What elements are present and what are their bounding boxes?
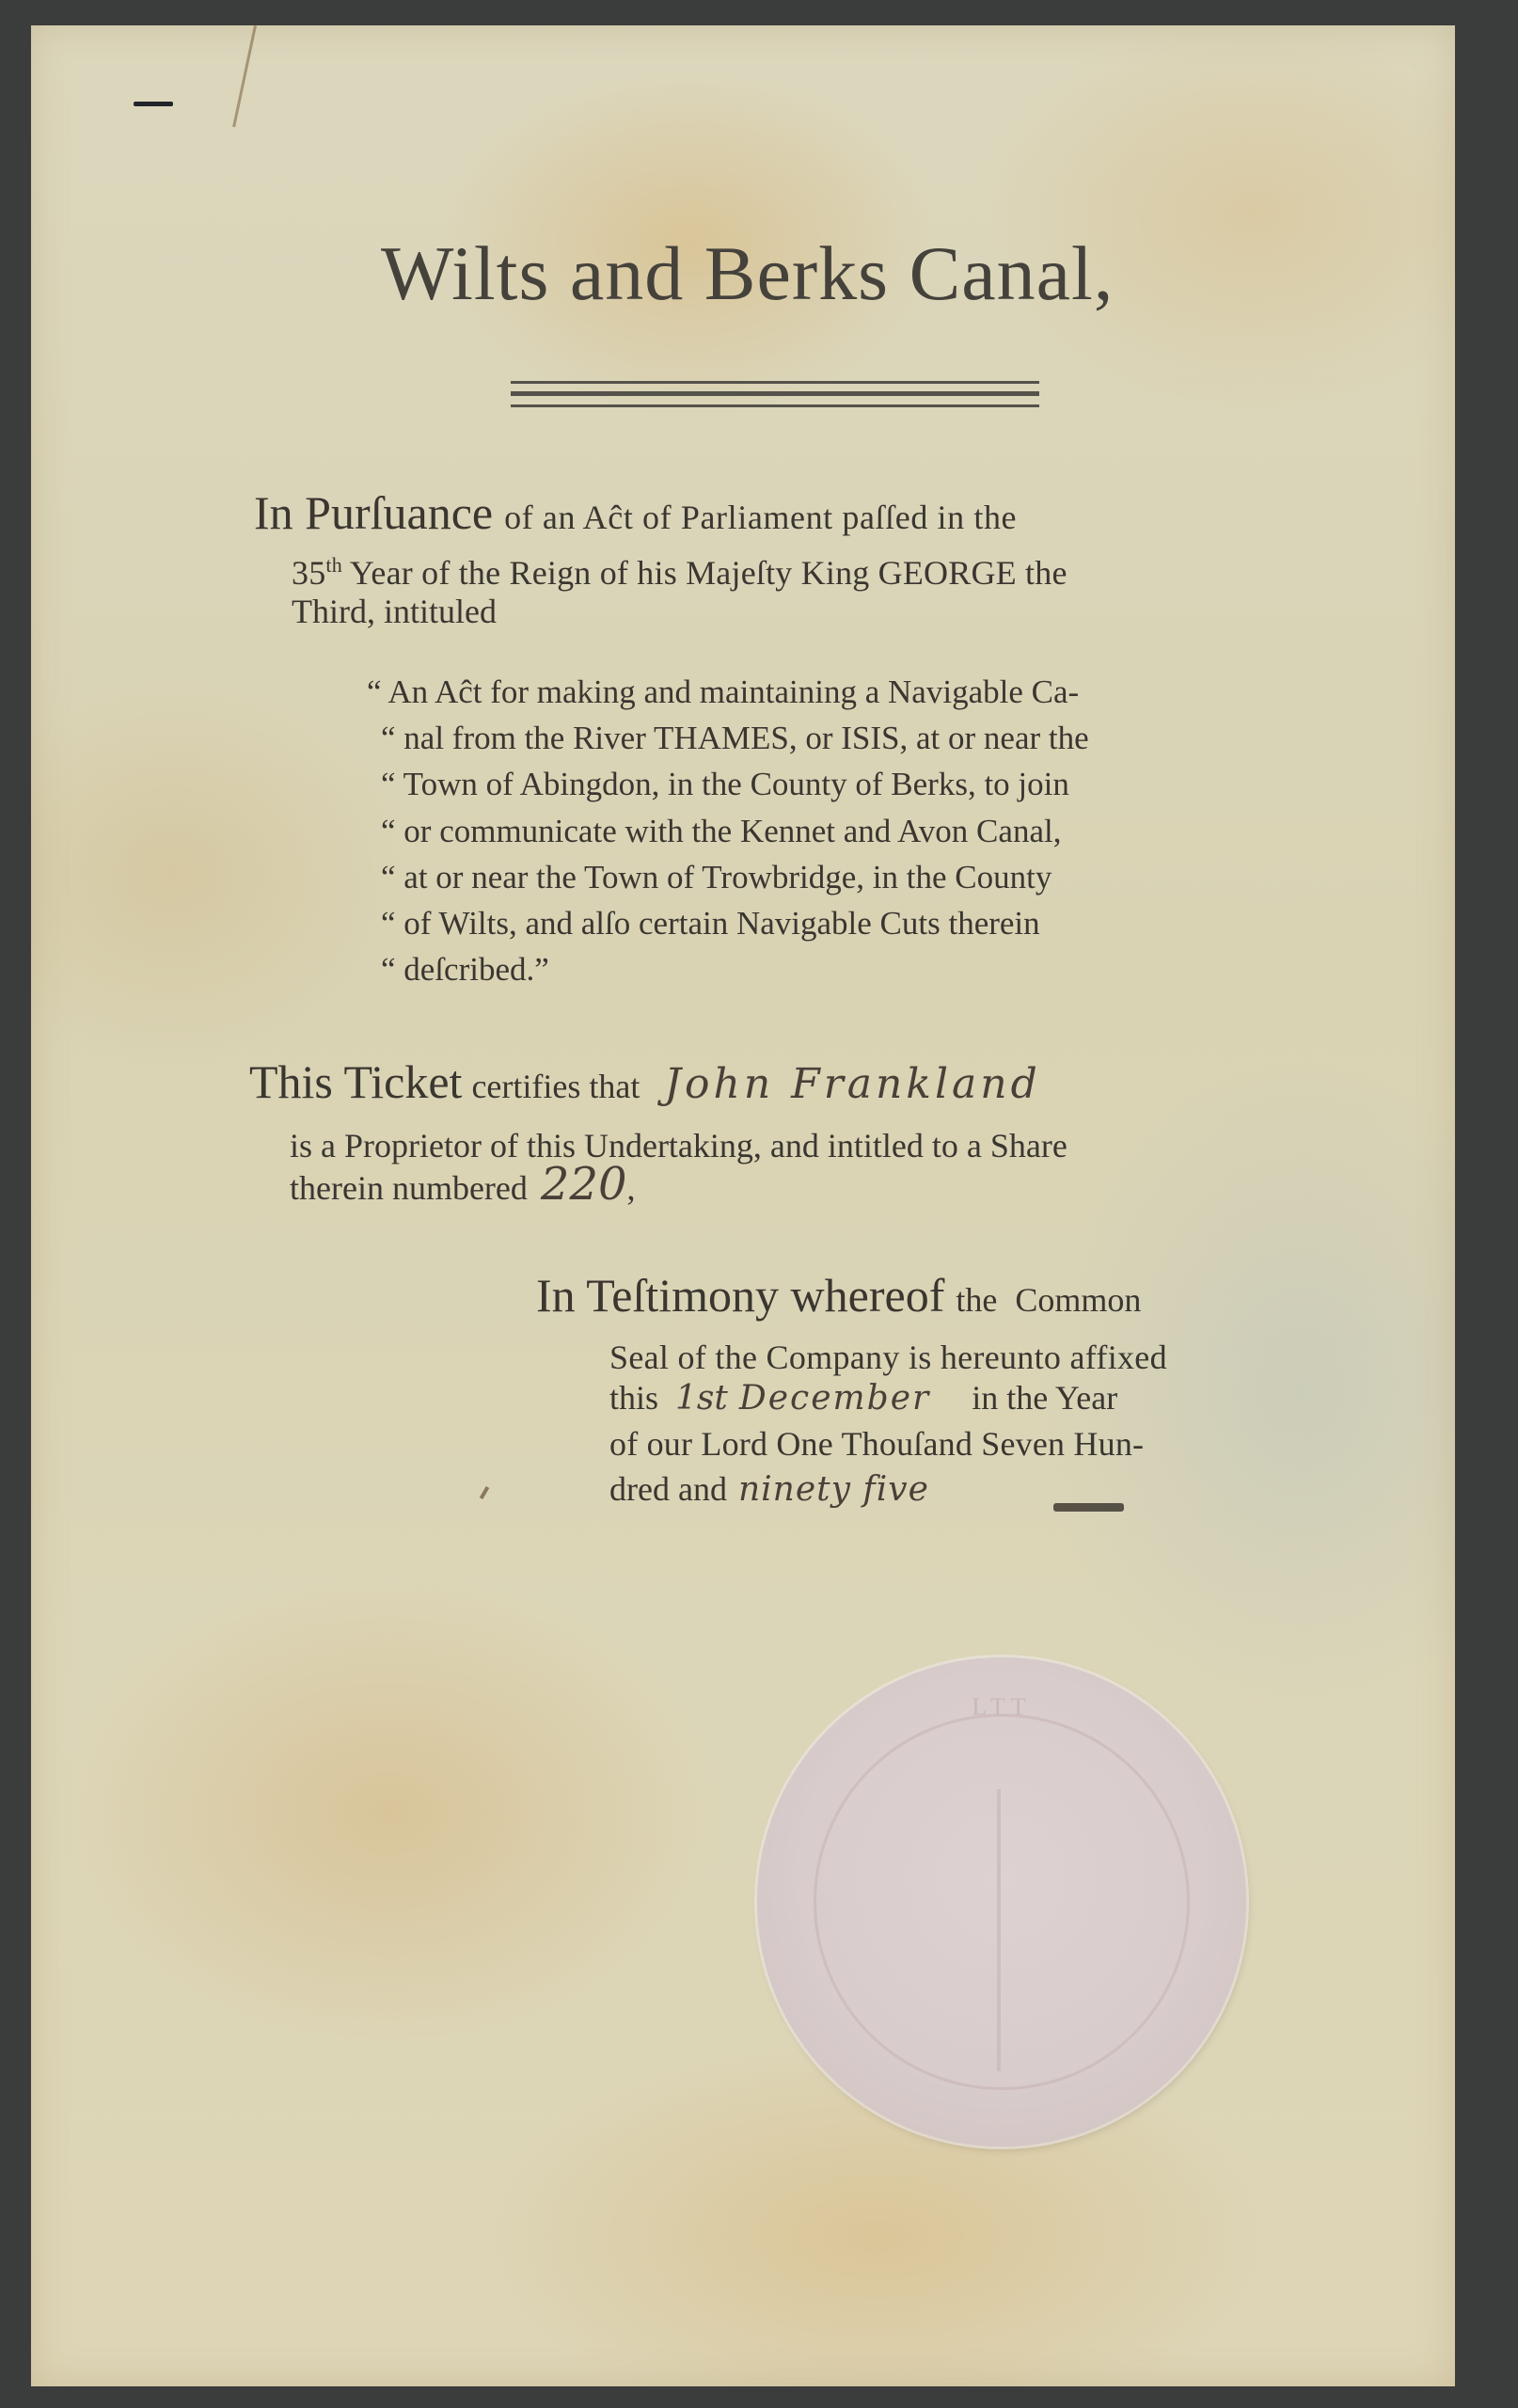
pursuance-line-3: Third, intituled	[292, 594, 497, 628]
ticket-certifies: certifies that	[471, 1068, 640, 1105]
pursuance-lead: In Purſuance	[254, 486, 493, 539]
ticket-line-1: This Ticket certifies that John Franklan…	[249, 1058, 1041, 1105]
share-number-comma: ,	[627, 1169, 636, 1207]
document-title: Wilts and Berks Canal,	[381, 235, 1114, 312]
pursuance-line-2-rest: Year of the Reign of his Majeſty King GE…	[350, 554, 1067, 592]
year-ordinal: th	[325, 553, 342, 577]
ticket-line-2: is a Proprietor of this Undertaking, and…	[290, 1129, 1067, 1163]
title-rule-middle	[511, 391, 1039, 396]
testimony-line-1: In Teſtimony whereof the Common	[536, 1272, 1141, 1319]
pursuance-line-2: 35th Year of the Reign of his Majeſty Ki…	[292, 555, 1067, 590]
act-quote-line: “ deſcribed.”	[381, 953, 549, 986]
testimony-line-3-rest: in the Year	[972, 1379, 1117, 1417]
act-quote-line: “ nal from the River THAMES, or ISIS, at…	[381, 721, 1089, 754]
act-quote-line: “ at or near the Town of Trowbridge, in …	[381, 861, 1052, 894]
paper-sheet	[31, 25, 1455, 2386]
pursuance-line-1: In Purſuance of an Aĉt of Parliament paſ…	[254, 489, 1017, 536]
day-handwritten: 1st	[675, 1379, 728, 1418]
corner-ink-mark	[134, 102, 173, 106]
testimony-this: this	[609, 1379, 658, 1417]
month-handwritten: December	[739, 1379, 930, 1418]
act-quote-line: “ or communicate with the Kennet and Avo…	[381, 815, 1061, 848]
share-number-handwritten: 220	[541, 1158, 627, 1211]
year-number: 35	[292, 554, 325, 592]
seal-ring	[814, 1714, 1190, 2090]
testimony-line-1-rest: the Common	[956, 1281, 1141, 1319]
testimony-line-4: of our Lord One Thouſand Seven Hun-	[609, 1427, 1144, 1461]
testimony-lead: In Teſtimony whereof	[536, 1269, 944, 1322]
act-quote-line: “ of Wilts, and alſo certain Navigable C…	[381, 907, 1040, 940]
company-seal: LTT	[757, 1657, 1246, 2147]
title-rule-bottom	[511, 404, 1039, 407]
proprietor-name-handwritten: John Frankland	[664, 1060, 1040, 1108]
testimony-line-2: Seal of the Company is hereunto affixed	[609, 1340, 1167, 1374]
testimony-line-3: this 1st December in the Year	[609, 1381, 1117, 1416]
testimony-line-5: dred and ninety five	[609, 1472, 929, 1507]
act-quote-line: “ Town of Abingdon, in the County of Ber…	[381, 768, 1069, 800]
ink-flourish	[1053, 1503, 1124, 1512]
seal-center-line	[997, 1789, 1001, 2071]
title-rule-top	[511, 381, 1039, 384]
ticket-lead: This Ticket	[249, 1055, 462, 1108]
ticket-numbered-label: therein numbered	[290, 1169, 528, 1207]
pursuance-line-1-rest: of an Aĉt of Parliament paſſed in the	[504, 499, 1017, 536]
act-quote-line: “ An Aĉt for making and maintaining a Na…	[367, 675, 1079, 708]
year-words-handwritten: ninety five	[738, 1470, 929, 1509]
testimony-dred-and: dred and	[609, 1470, 727, 1508]
seal-letters: LTT	[757, 1693, 1246, 1721]
ticket-line-3: therein numbered 220,	[290, 1162, 636, 1207]
